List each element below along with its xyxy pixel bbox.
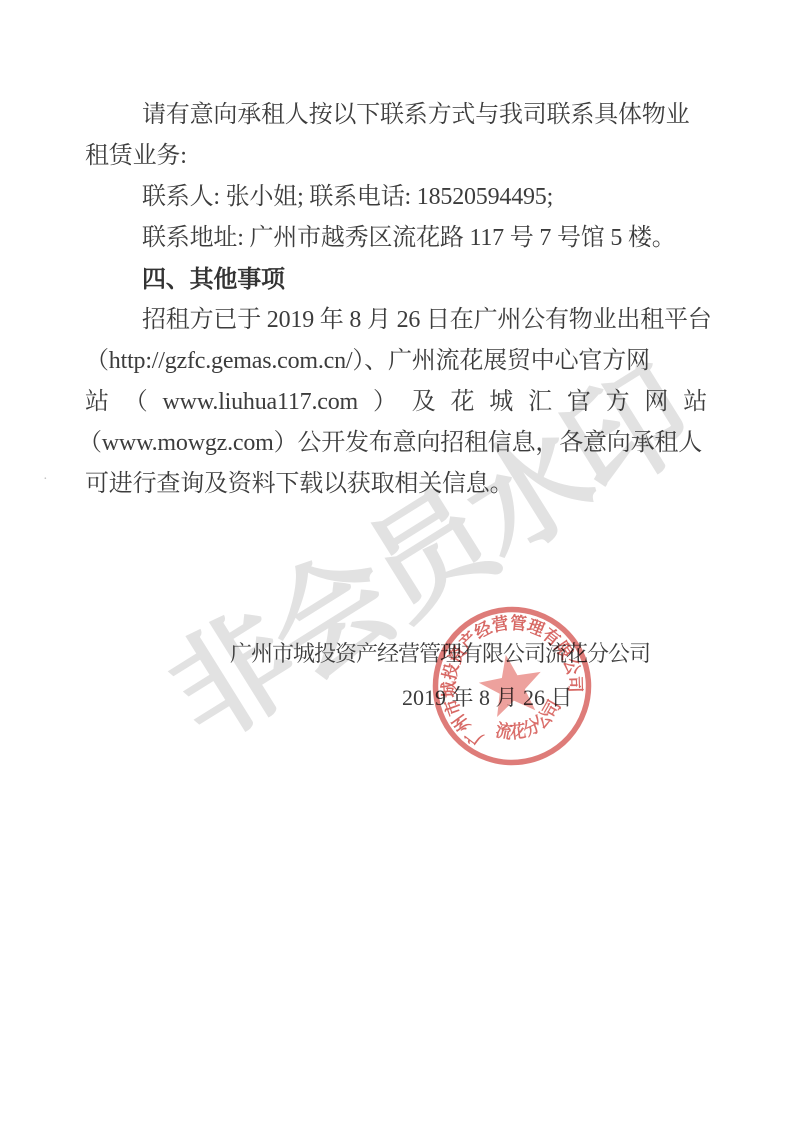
body-line: 招租方已于 2019 年 8 月 26 日在广州公有物业出租平台: [85, 300, 707, 341]
body-line: 站（www.liuhua117.com）及花城汇官方网站: [85, 382, 707, 423]
body-line: 请有意向承租人按以下联系方式与我司联系具体物业: [85, 95, 707, 136]
document-body: 请有意向承租人按以下联系方式与我司联系具体物业租赁业务:联系人: 张小姐; 联系…: [85, 95, 707, 505]
body-line: 联系人: 张小姐; 联系电话: 18520594495;: [85, 177, 707, 218]
body-line: 联系地址: 广州市越秀区流花路 117 号 7 号馆 5 楼。: [85, 218, 707, 259]
scanned-document-page: 非会员水印 · 请有意向承租人按以下联系方式与我司联系具体物业租赁业务:联系人:…: [0, 0, 793, 1121]
body-line: （www.mowgz.com）公开发布意向招租信息，各意向承租人: [78, 423, 707, 464]
seal-star: [475, 649, 547, 719]
body-line: 可进行查询及资料下载以获取相关信息。: [85, 464, 707, 505]
scan-artifact: ·: [43, 472, 48, 488]
body-line: （http://gzfc.gemas.com.cn/）、广州流花展贸中心官方网: [85, 341, 707, 382]
body-line: 四、其他事项: [85, 259, 707, 300]
body-line: 租赁业务:: [85, 136, 707, 177]
